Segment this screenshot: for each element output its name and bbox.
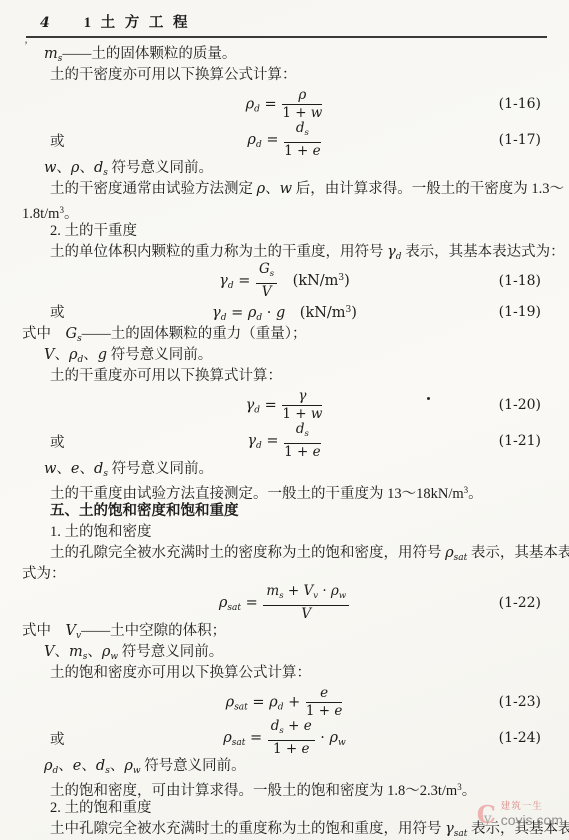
- formula: ρd = ds1 + e: [247, 121, 321, 159]
- formula: ρd = ρ1 + w: [246, 88, 324, 121]
- fraction-numerator: ds: [284, 121, 320, 143]
- text-line: ρd、e、ds、ρw 符号意义同前。: [0, 756, 569, 777]
- formula: γd = ρd · g (kN/m3): [212, 301, 357, 323]
- text-line: 式中 Vv——土中空隙的体积；: [0, 621, 569, 642]
- book-page: 4 1 土 方 工 程 ’ ms——土的固体颗粒的质量。土的干密度亦可用以下换算…: [0, 0, 569, 840]
- fraction-denominator: V: [256, 284, 277, 300]
- equation-number: (1-17): [499, 132, 541, 148]
- text-line: w、ρ、ds 符号意义同前。: [0, 158, 569, 179]
- fraction-numerator: γ: [282, 389, 322, 406]
- page-body: ms——土的固体颗粒的质量。土的干密度亦可用以下换算公式计算：ρd = ρ1 +…: [0, 44, 569, 840]
- equation-number: (1-19): [499, 304, 541, 320]
- fraction: ms + Vv · ρwV: [263, 584, 349, 622]
- section-heading: 五、土的饱和密度和饱和重度: [0, 501, 569, 522]
- fraction-numerator: Gs: [256, 262, 277, 284]
- header-rule: [26, 36, 547, 38]
- text-line: 式中 Gs——土的固体颗粒的重力（重量）；: [0, 324, 569, 345]
- fraction: ds + e1 + e: [268, 719, 315, 757]
- formula-row: 或γd = ρd · g (kN/m3)(1-19): [0, 299, 569, 324]
- fraction: ds1 + e: [284, 422, 320, 460]
- fraction: GsV: [256, 262, 277, 300]
- formula-row: ρsat = ρd + e1 + e(1-23): [0, 684, 569, 720]
- text-line: 1. 土的饱和密度: [0, 522, 569, 543]
- text-line: 土的干密度亦可用以下换算公式计算：: [0, 65, 569, 86]
- equation-number: (1-16): [499, 96, 541, 112]
- formula-connector: 或: [50, 130, 65, 151]
- text-line: ms——土的固体颗粒的质量。: [0, 44, 569, 65]
- fraction-denominator: 1 + e: [268, 741, 315, 757]
- fraction-denominator: 1 + w: [282, 406, 322, 422]
- text-line: 土的单位体积内颗粒的重力称为土的干重度，用符号 γd 表示，其基本表达式为：: [0, 242, 569, 263]
- fraction-numerator: e: [306, 686, 342, 703]
- watermark: C y 建筑一生 coyis.com: [477, 802, 563, 828]
- text-line: 式为：: [0, 564, 569, 585]
- formula-connector: 或: [50, 431, 65, 452]
- equation-number: (1-21): [499, 433, 541, 449]
- formula: γd = γ1 + w: [246, 389, 324, 422]
- formula-row: 或ρd = ds1 + e(1-17): [0, 122, 569, 158]
- fraction: e1 + e: [306, 686, 342, 719]
- text-line: 1.8t/m3。: [0, 200, 569, 221]
- scan-artifact: ’: [24, 38, 28, 53]
- formula: ρsat = ds + e1 + e · ρw: [223, 719, 346, 757]
- fraction-numerator: ms + Vv · ρw: [263, 584, 349, 606]
- text-line: 土的孔隙完全被水充满时土的密度称为土的饱和密度，用符号 ρsat 表示，其基本表…: [0, 543, 569, 564]
- text-line: 土的干重度由试验方法直接测定。一般土的干重度为 13～18kN/m3。: [0, 480, 569, 501]
- formula: γd = ds1 + e: [247, 422, 321, 460]
- formula-row: ρd = ρ1 + w(1-16): [0, 86, 569, 122]
- fraction: γ1 + w: [282, 389, 322, 422]
- fraction-denominator: 1 + e: [284, 444, 320, 460]
- equation-number: (1-20): [499, 397, 541, 413]
- formula-connector: 或: [50, 728, 65, 749]
- formula-row: γd = γ1 + w(1-20): [0, 387, 569, 423]
- formula-row: ρsat = ms + Vv · ρwV(1-22): [0, 585, 569, 621]
- fraction-denominator: 1 + w: [282, 105, 322, 121]
- fraction-denominator: 1 + e: [284, 143, 320, 159]
- formula: ρsat = ρd + e1 + e: [226, 686, 344, 719]
- formula: γd = GsV (kN/m3): [219, 262, 350, 300]
- fraction-denominator: V: [263, 606, 349, 622]
- formula-row: 或ρsat = ds + e1 + e · ρw(1-24): [0, 720, 569, 756]
- page-number: 4: [40, 15, 50, 31]
- equation-number: (1-22): [499, 595, 541, 611]
- formula-row: γd = GsV (kN/m3)(1-18): [0, 263, 569, 299]
- equation-number: (1-18): [499, 273, 541, 289]
- fraction-numerator: ds + e: [268, 719, 315, 741]
- chapter-title: 1 土 方 工 程: [84, 11, 191, 32]
- logo-y-glyph: y: [484, 811, 492, 827]
- formula-row: 或γd = ds1 + e(1-21): [0, 423, 569, 459]
- scan-speck: [427, 397, 430, 400]
- text-line: 2. 土的干重度: [0, 221, 569, 242]
- page-header: 4 1 土 方 工 程: [0, 0, 569, 32]
- text-line: V、ρd、g 符号意义同前。: [0, 345, 569, 366]
- text-line: w、e、ds 符号意义同前。: [0, 459, 569, 480]
- formula: ρsat = ms + Vv · ρwV: [219, 584, 350, 622]
- equation-number: (1-23): [499, 694, 541, 710]
- formula-connector: 或: [50, 301, 65, 322]
- coyis-logo-icon: C y: [477, 802, 501, 828]
- fraction: ρ1 + w: [282, 88, 322, 121]
- equation-number: (1-24): [499, 730, 541, 746]
- fraction-denominator: 1 + e: [306, 703, 342, 719]
- fraction: ds1 + e: [284, 121, 320, 159]
- fraction-numerator: ds: [284, 422, 320, 444]
- text-line: 土的饱和密度亦可用以下换算公式计算：: [0, 663, 569, 684]
- text-line: 土的干密度通常由试验方法测定 ρ、w 后，由计算求得。一般土的干密度为 1.3～: [0, 179, 569, 200]
- text-line: 土的干重度亦可用以下换算式计算：: [0, 366, 569, 387]
- text-line: V、ms、ρw 符号意义同前。: [0, 642, 569, 663]
- watermark-domain: coyis.com: [501, 813, 563, 828]
- text-line: 土的饱和密度，可由计算求得。一般土的饱和密度为 1.8～2.3t/m3。: [0, 777, 569, 798]
- fraction-numerator: ρ: [282, 88, 322, 105]
- watermark-text: 建筑一生 coyis.com: [501, 802, 563, 828]
